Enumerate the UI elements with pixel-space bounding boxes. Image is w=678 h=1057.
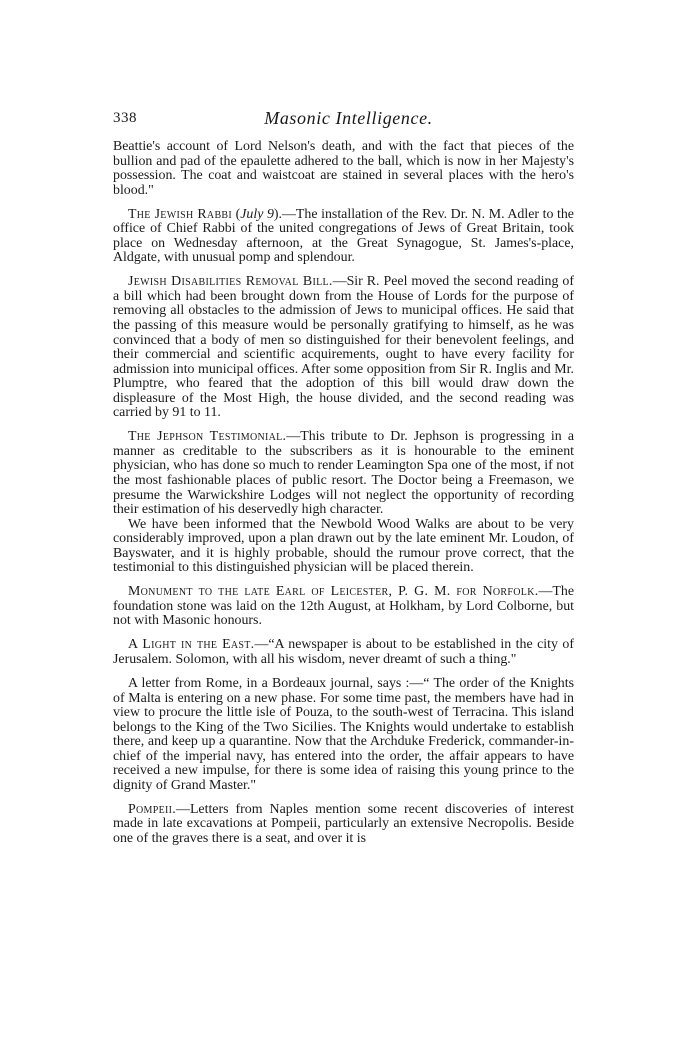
paragraph-jewish-rabbi: The Jewish Rabbi (July 9).—The installat… (113, 208, 574, 266)
section-heading: Monument to the late Earl of Leicester, … (128, 584, 539, 599)
paragraph-light-in-the-east: A Light in the East.—“A newspaper is abo… (113, 638, 574, 667)
section-heading: The Jephson Testimonial. (128, 429, 286, 444)
paragraph-jewish-disabilities: Jewish Disabilities Removal Bill.—Sir R.… (113, 275, 574, 420)
section-heading: A Light in the East. (128, 637, 254, 652)
dash: — (539, 584, 553, 599)
paragraph-nelson-continued: Beattie's account of Lord Nelson's death… (113, 140, 574, 198)
running-title: Masonic Intelligence. (113, 108, 574, 129)
paragraph-pompeii: Pompeii.—Letters from Naples mention som… (113, 803, 574, 847)
section-heading: The Jewish Rabbi (128, 207, 232, 222)
paragraph-text: Sir R. Peel moved the second reading of … (113, 274, 574, 420)
paragraph-jephson-testimonial: The Jephson Testimonial.—This tribute to… (113, 430, 574, 517)
paragraph-text: Beattie's account of Lord Nelson's death… (113, 139, 574, 198)
date: July 9 (240, 207, 274, 222)
section-heading: Jewish Disabilities Removal Bill. (128, 274, 333, 289)
book-page: 338 Masonic Intelligence. Beattie's acco… (113, 108, 574, 847)
dash: — (176, 802, 190, 817)
paragraph-monument-leicester: Monument to the late Earl of Leicester, … (113, 585, 574, 629)
paragraph-text: We have been informed that the Newbold W… (113, 517, 574, 576)
paragraph-text: A letter from Rome, in a Bordeaux journa… (113, 676, 574, 793)
dash: — (333, 274, 347, 289)
section-heading: Pompeii. (128, 802, 176, 817)
paragraph-newbold-walks: We have been informed that the Newbold W… (113, 518, 574, 576)
dash: — (286, 429, 300, 444)
date-close: ).— (274, 207, 296, 222)
paragraph-letter-from-rome: A letter from Rome, in a Bordeaux journa… (113, 677, 574, 793)
dash: — (254, 637, 268, 652)
page-body: Beattie's account of Lord Nelson's death… (113, 140, 574, 847)
running-head: 338 Masonic Intelligence. (113, 108, 574, 130)
